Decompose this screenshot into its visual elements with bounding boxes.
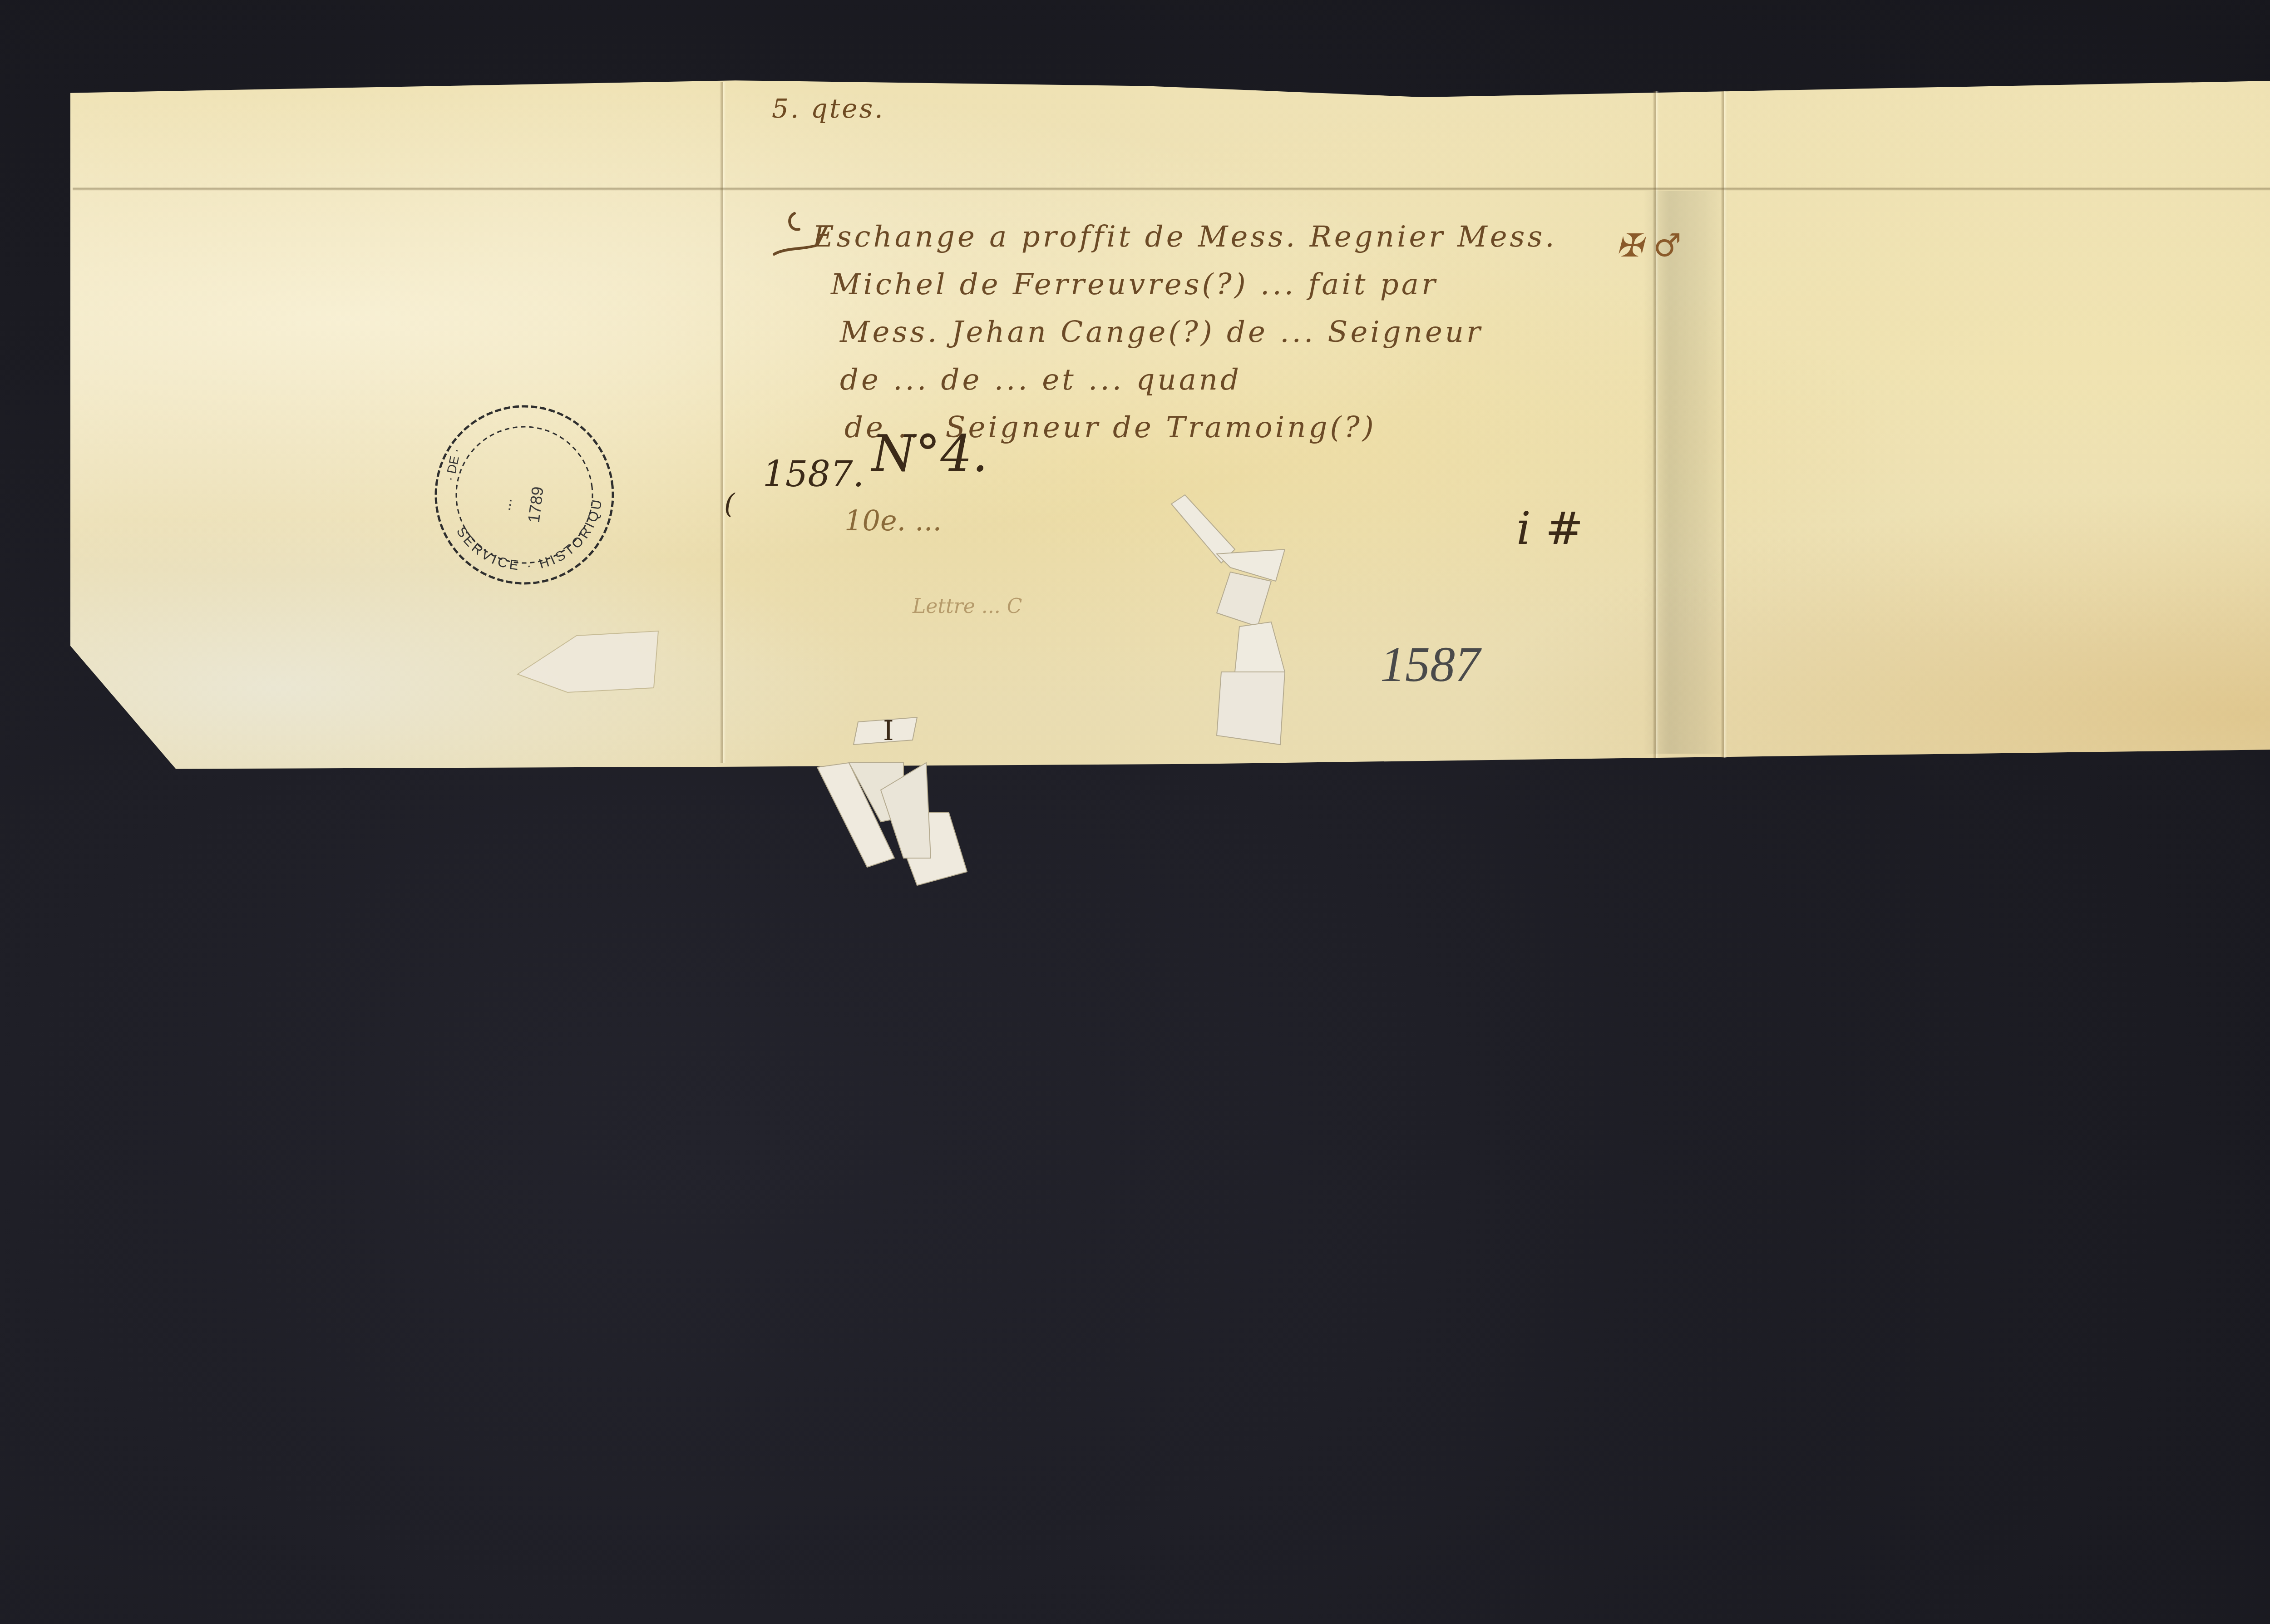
flap-icon [508, 627, 672, 699]
note-below-number: 10e. ... [844, 504, 942, 537]
archive-stamp: SERVICE · HISTORIQUE · · DE · ... 1789 [412, 386, 637, 603]
year-pencil-mark: 1587 [1380, 636, 1480, 693]
tag-icon [1167, 490, 1303, 745]
endorsement-line: Mess. Jehan Cange(?) de ... Seigneur [840, 309, 1630, 356]
svg-text:SERVICE · HISTORIQUE ·: SERVICE · HISTORIQUE · [412, 386, 614, 587]
endorsement-line: Michel de Ferreuvres(?) ... fait par [831, 261, 1630, 309]
number-mark: N°4. [872, 425, 988, 483]
parchment-tag-left: I [813, 708, 1003, 892]
margin-mark: ✠ ♂ [1616, 227, 1682, 264]
parchment-tag-center [1167, 490, 1303, 746]
svg-text:1789: 1789 [524, 485, 547, 523]
endorsement-line: de ... de ... et ... quand [840, 356, 1630, 404]
shelf-mark: 5. qtes. [772, 93, 885, 124]
mark-right: i # [1516, 502, 1584, 555]
folded-corner-flap [508, 627, 672, 701]
faint-note-center: Lettre ... C [913, 595, 1022, 618]
svg-text:...: ... [497, 497, 515, 512]
vertical-fold-left [720, 82, 726, 763]
fold-discoloration [1643, 191, 1730, 754]
svg-text:I: I [883, 715, 894, 747]
year-mark-left: 1587. [763, 454, 864, 495]
horizontal-fold-top [73, 187, 2270, 191]
svg-text:· DE ·: · DE · [443, 447, 464, 483]
edge-mark: ( [724, 488, 735, 520]
stamp-icon: SERVICE · HISTORIQUE · · DE · ... 1789 [412, 386, 637, 603]
tag-icon: I [813, 708, 1003, 890]
endorsement-line: Eschange a proffit de Mess. Regnier Mess… [813, 213, 1630, 261]
endorsement-text: Eschange a proffit de Mess. Regnier Mess… [813, 213, 1630, 452]
